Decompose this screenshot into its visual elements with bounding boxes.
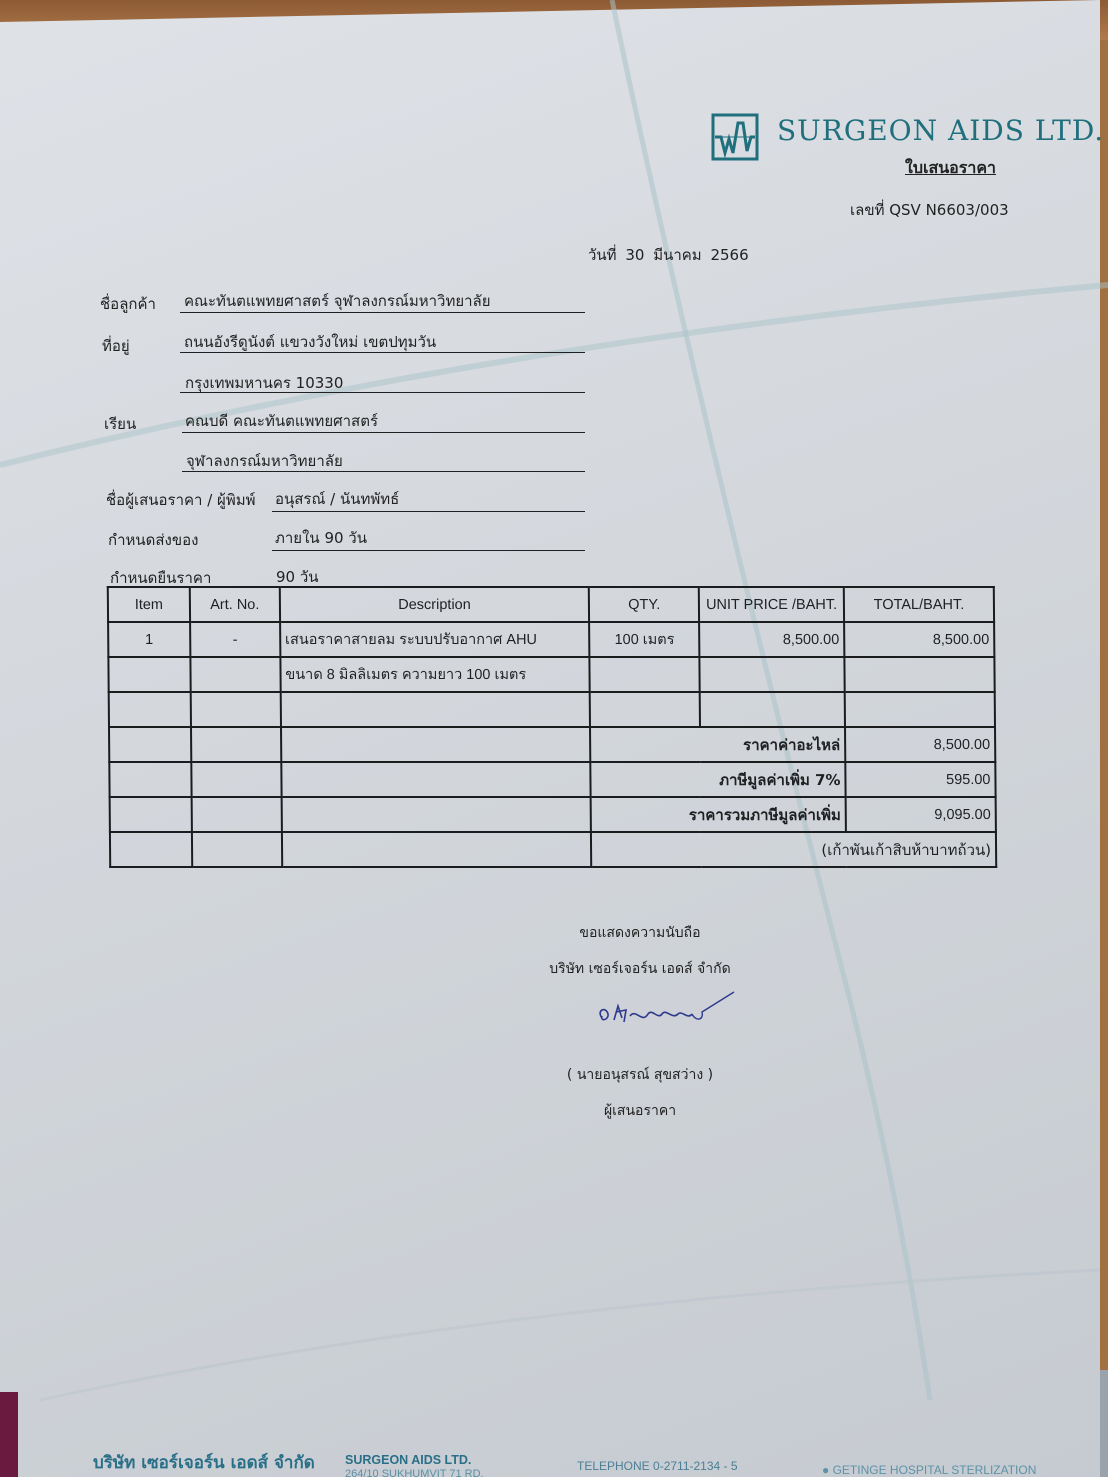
summary-row-amount-words: (เก้าพันเก้าสิบห้าบาทถ้วน) [110,832,996,867]
summary-label: ราคารวมภาษีมูลค่าเพิ่ม [591,797,846,832]
cell-total: 8,500.00 [844,622,994,657]
signer-role: ผู้เสนอราคา [540,1100,740,1122]
cell-unit-price: 8,500.00 [699,622,844,657]
signer-name: ( นายอนุสรณ์ สุขสว่าง ) [540,1064,740,1086]
cell-qty [590,692,700,727]
table-row: 1 - เสนอราคาสายลม ระบบปรับอากาศ AHU 100 … [108,622,994,657]
table-row: ขนาด 8 มิลลิเมตร ความยาว 100 เมตร [108,657,994,692]
purple-folder-edge [0,1392,20,1477]
cell-unit-price [700,657,845,692]
company-name: SURGEON AIDS LTD. [777,114,1104,147]
cell-item [109,692,191,727]
summary-row-grand-total: ราคารวมภาษีมูลค่าเพิ่ม 9,095.00 [110,797,996,832]
underline [180,352,585,353]
quoter-name: อนุสรณ์ / นันทพัทธ์ [275,487,399,511]
delivery-label: กำหนดส่งของ [108,528,198,552]
summary-label: ราคาค่าอะไหล่ [590,727,845,762]
cell-art-no [190,657,280,692]
quoter-label: ชื่อผู้เสนอราคา / ผู้พิมพ์ [106,488,256,512]
header-art-no: Art. No. [190,587,280,622]
cell-total [845,692,995,727]
header-item: Item [108,587,190,622]
underline [180,392,585,393]
address-line-1: ถนนอังรีดูนังต์ แขวงวังใหม่ เขตปทุมวัน [184,330,436,354]
document-title: ใบเสนอราคา [905,156,996,181]
footer-telephone: TELEPHONE 0-2711-2134 - 5 [577,1459,738,1473]
closing-regards: ขอแสดงความนับถือ [540,922,740,944]
cell-art-no: - [190,622,280,657]
quotation-items-table: Item Art. No. Description QTY. UNIT PRIC… [107,586,997,868]
cell-qty [590,657,700,692]
summary-value: 9,095.00 [846,797,996,832]
summary-row-vat: ภาษีมูลค่าเพิ่ม 7% 595.00 [109,762,995,797]
cell-description: ขนาด 8 มิลลิเมตร ความยาว 100 เมตร [280,657,590,692]
footer-getinge-line: ● GETINGE HOSPITAL STERLIZATION [822,1463,1036,1477]
attention-label: เรียน [104,412,136,436]
summary-value: 595.00 [845,762,995,797]
underline [272,511,585,512]
attention-line-1: คณบดี คณะทันตแพทยศาสตร์ [185,409,378,433]
header-unit-price: UNIT PRICE /BAHT. [699,587,844,622]
cell-art-no [191,692,281,727]
table-header-row: Item Art. No. Description QTY. UNIT PRIC… [108,587,994,622]
cell-item: 1 [108,622,190,657]
cell-unit-price [700,692,845,727]
cell-description: เสนอราคาสายลม ระบบปรับอากาศ AHU [280,622,590,657]
amount-in-words: (เก้าพันเก้าสิบห้าบาทถ้วน) [591,832,996,867]
attention-line-2: จุฬาลงกรณ์มหาวิทยาลัย [186,449,343,473]
cell-qty: 100 เมตร [589,622,699,657]
underline [182,432,585,433]
footer-address: 264/10 SUKHUMVIT 71 RD. [345,1468,484,1477]
footer-company-thai: บริษัท เซอร์เจอร์น เอดส์ จำกัด [93,1449,315,1476]
summary-label: ภาษีมูลค่าเพิ่ม 7% [591,762,846,797]
header-qty: QTY. [589,587,699,622]
header-total: TOTAL/BAHT. [844,587,994,622]
underline [182,471,585,472]
underline [180,312,585,313]
waveform-logo-icon [711,113,759,161]
summary-value: 8,500.00 [845,727,995,762]
handwritten-signature-icon [592,990,742,1035]
summary-row-parts-price: ราคาค่าอะไหล่ 8,500.00 [109,727,995,762]
customer-name: คณะทันตแพทยศาสตร์ จุฬาลงกรณ์มหาวิทยาลัย [184,289,491,313]
underline [272,550,585,551]
table-row [109,692,995,727]
header-description: Description [280,587,590,622]
quotation-number: เลขที่ QSV N6603/003 [850,198,1009,222]
cell-description [280,692,590,727]
closing-company: บริษัท เซอร์เจอร์น เอดส์ จำกัด [540,958,740,980]
cell-item [108,657,190,692]
cell-total [844,657,994,692]
delivery-term: ภายใน 90 วัน [275,526,367,550]
customer-name-label: ชื่อลูกค้า [100,292,156,316]
footer-company-english: SURGEON AIDS LTD. [345,1453,471,1467]
quotation-date: วันที่ 30 มีนาคม 2566 [588,243,749,267]
address-label: ที่อยู่ [102,334,130,358]
